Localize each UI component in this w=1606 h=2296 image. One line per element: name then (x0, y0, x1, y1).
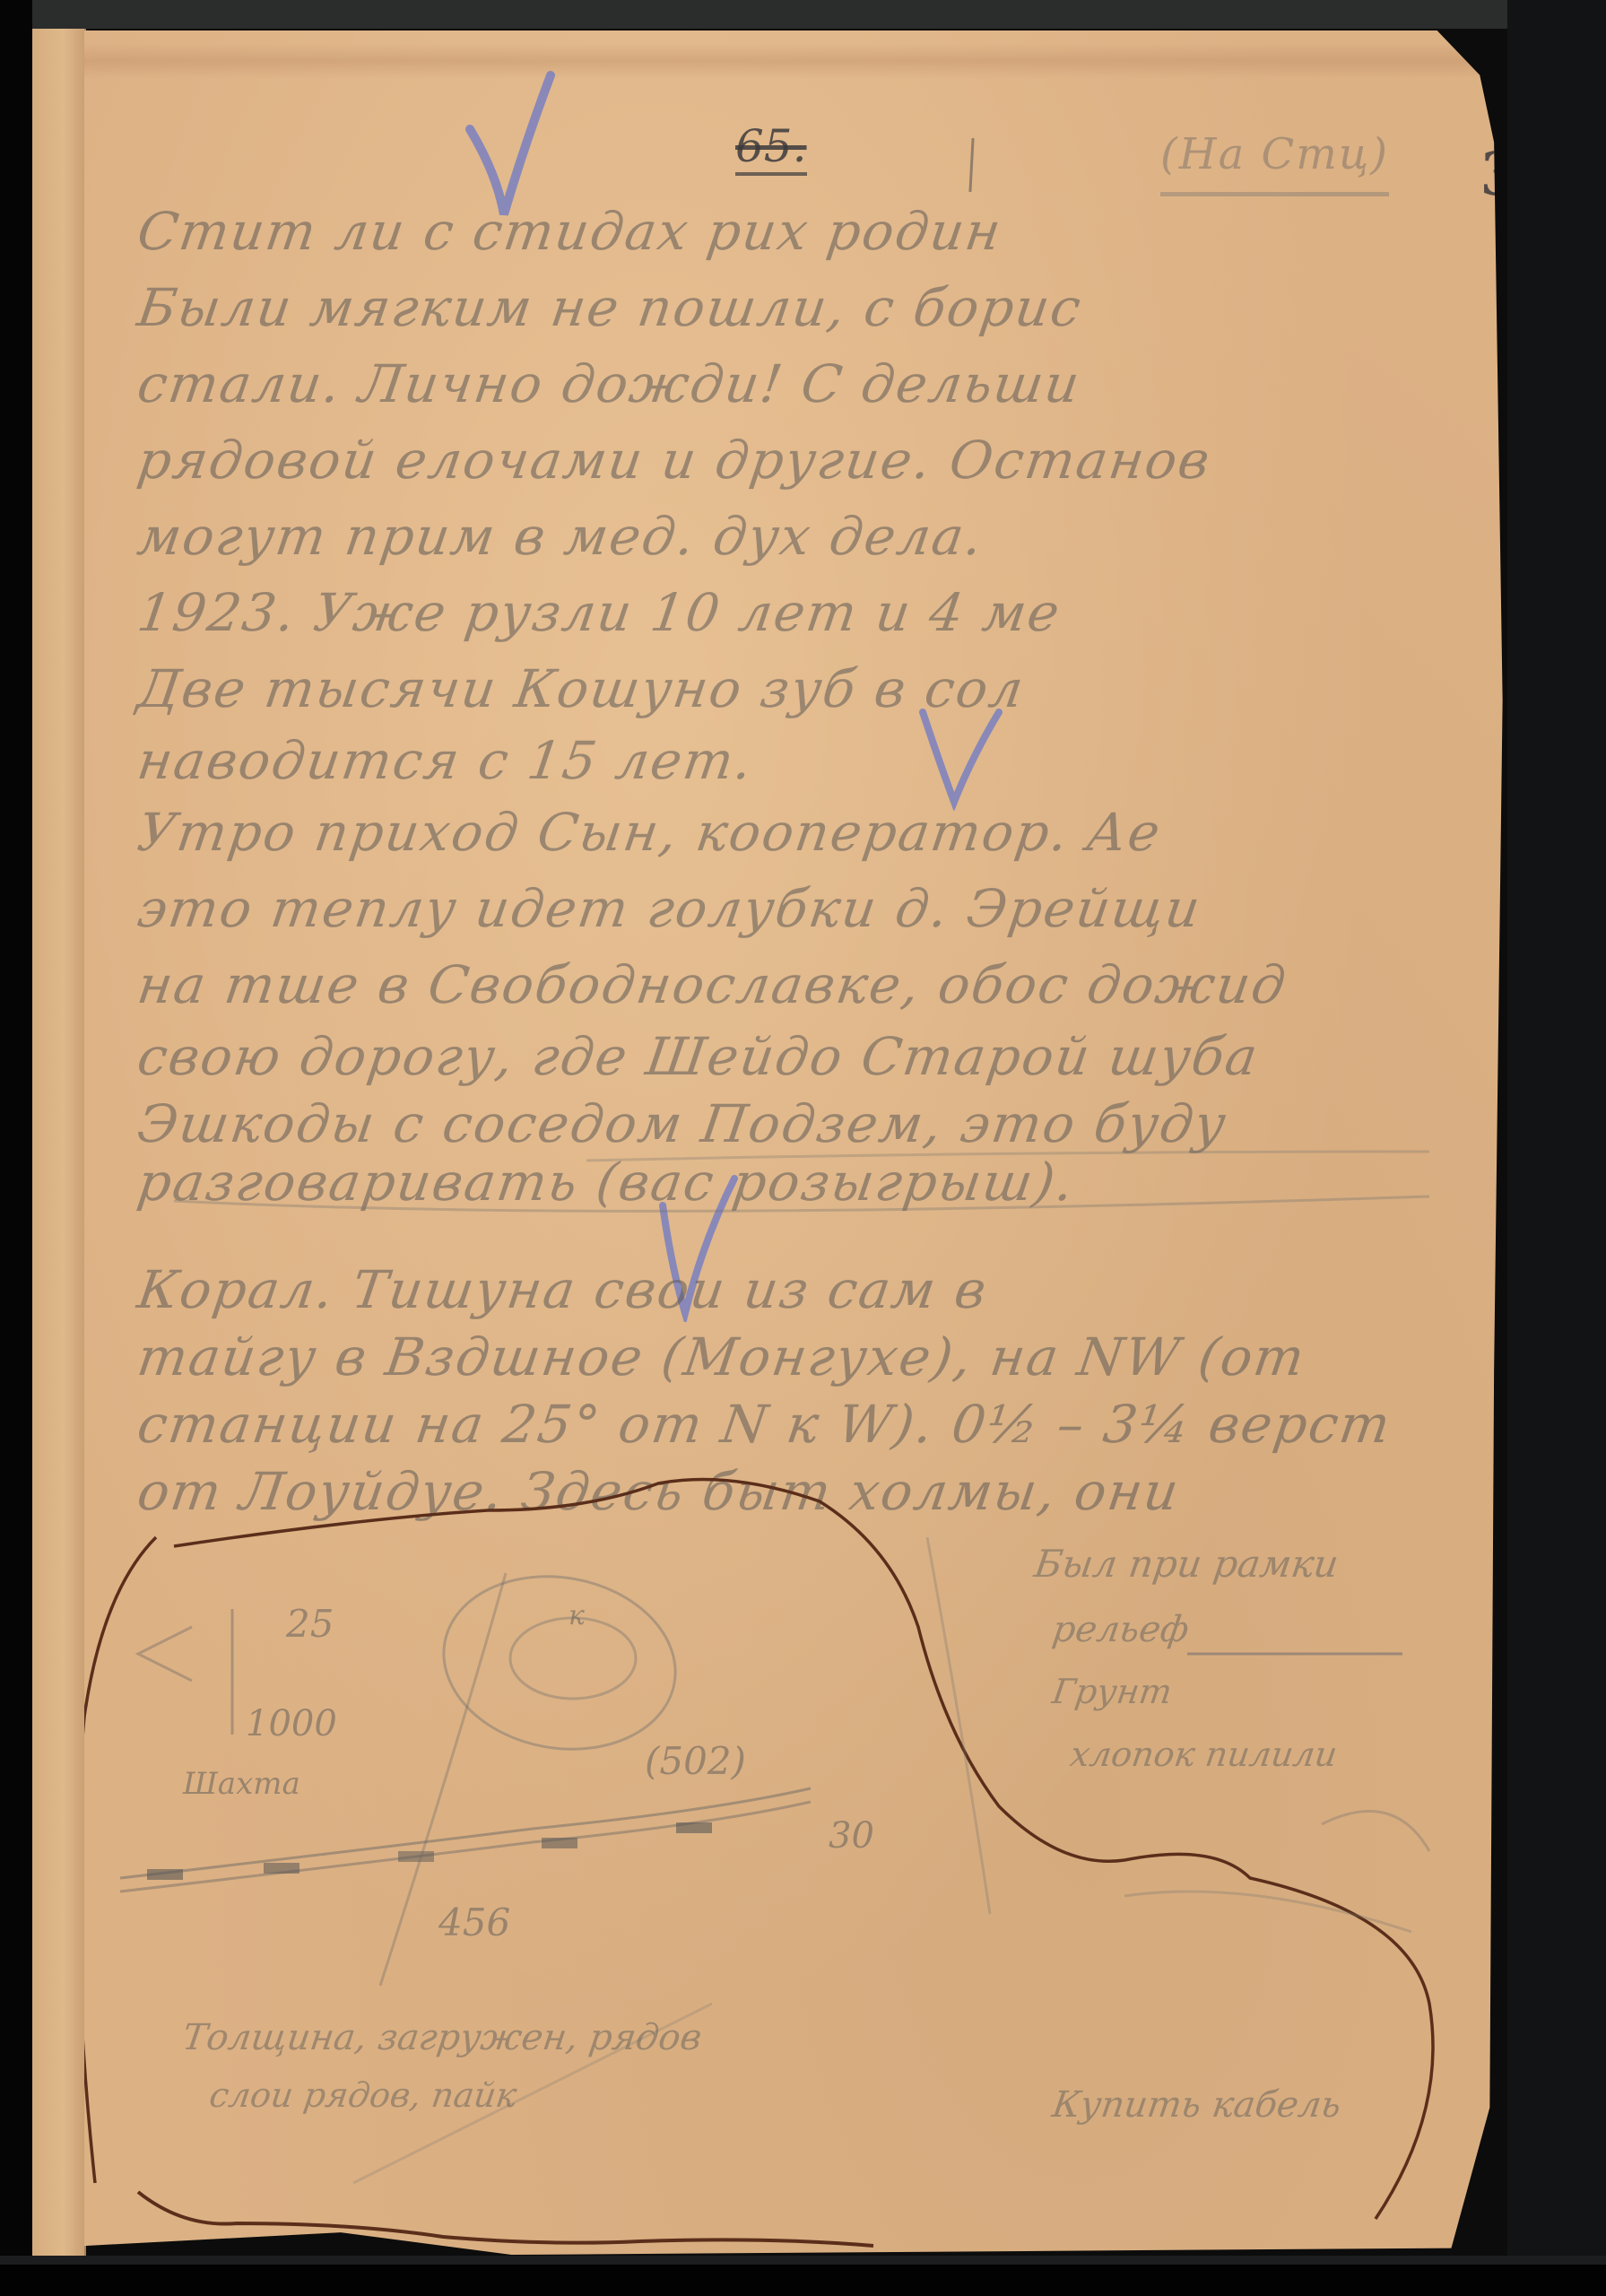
binding-strip (32, 29, 86, 2262)
sketch-label: Шахта (183, 1766, 300, 1802)
sketch-label: к (569, 1600, 585, 1631)
sketch-note: Был при рамки (1032, 1542, 1341, 1586)
scanned-notebook-page: 65. (На Стц) 35. Стит ли с стидах рих ро… (0, 0, 1606, 2296)
scan-border-top (32, 0, 1606, 29)
sketch-note: рельеф (1050, 1609, 1192, 1650)
bottom-note: Купить кабель (1050, 2084, 1344, 2126)
scan-border-left (0, 0, 32, 2296)
sketch-label: 30 (829, 1815, 874, 1857)
sketch-note: хлопок пилили (1068, 1735, 1340, 1774)
scan-border-bottom-black (0, 2265, 1606, 2296)
sketch-label: (502) (645, 1739, 746, 1783)
sketch-map (84, 30, 1508, 2264)
sketch-label: 456 (438, 1900, 510, 1944)
bottom-note: Толщина, загружен, рядов (180, 2017, 705, 2058)
sketch-label: 25 (286, 1602, 334, 1646)
bottom-note: слои рядов, пайк (207, 2075, 519, 2115)
scan-border-right (1507, 0, 1606, 2296)
sketch-label: 1000 (246, 1703, 337, 1744)
notebook-page: 65. (На Стц) 35. Стит ли с стидах рих ро… (84, 30, 1508, 2264)
sketch-note: Грунт (1050, 1672, 1175, 1711)
